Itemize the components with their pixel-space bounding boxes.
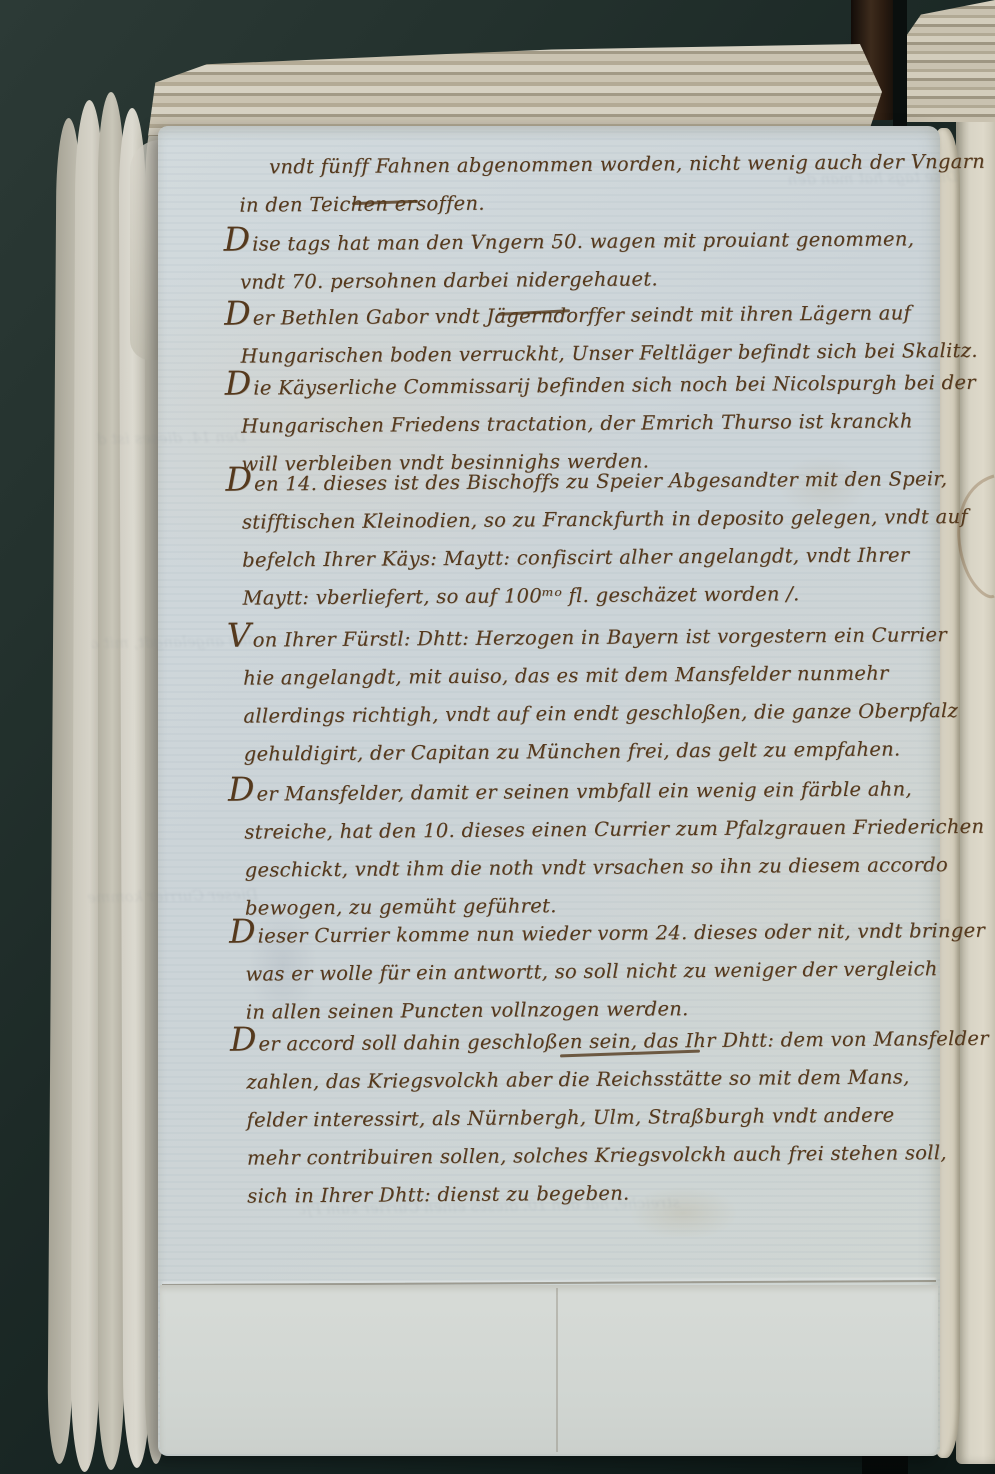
- handwritten-line: zahlen, das Kriegsvolckh aber die Reichs…: [230, 1058, 936, 1102]
- handwritten-line: stifftischen Kleinodien, so zu Franckfur…: [226, 498, 932, 542]
- manuscript-photo: vndt fünff Fahnen abgenommen worden, nic…: [0, 0, 995, 1474]
- handwritten-line: vndt fünff Fahnen abgenommen worden, nic…: [223, 143, 929, 187]
- handwritten-line: Dise tags hat man den Vngern 50. wagen m…: [224, 215, 930, 264]
- handwritten-line: was er wolle für ein antwortt, so soll n…: [229, 950, 935, 994]
- manuscript-page: vndt fünff Fahnen abgenommen worden, nic…: [158, 126, 940, 1456]
- handwritten-line: allerdings richtigh, vndt auf ein endt g…: [227, 692, 933, 736]
- handwritten-line: Von Ihrer Fürstl: Dhtt: Herzogen in Baye…: [227, 611, 933, 660]
- handwritten-line: Der Bethlen Gabor vndt Jägerndorffer sei…: [224, 289, 930, 338]
- facing-page: [956, 72, 995, 1464]
- handwritten-text-block: vndt fünff Fahnen abgenommen worden, nic…: [223, 123, 939, 1449]
- handwritten-line: felder interessirt, als Nürnbergh, Ulm, …: [230, 1096, 936, 1140]
- handwritten-paragraph: Der Mansfelder, damit er seinen vmbfall …: [228, 765, 935, 928]
- handwritten-line: geschickt, vndt ihm die noth vndt vrsach…: [229, 846, 935, 890]
- facing-page-top-edges: [900, 0, 995, 122]
- handwritten-paragraph: Den 14. dieses ist des Bischoffs zu Spei…: [225, 455, 932, 618]
- handwritten-line: Die Käyserliche Commissarij befinden sic…: [225, 359, 931, 408]
- handwritten-line: Hungarischen Friedens tractation, der Em…: [225, 402, 931, 446]
- handwritten-paragraph: Dise tags hat man den Vngern 50. wagen m…: [224, 215, 931, 302]
- handwritten-line: Der Mansfelder, damit er seinen vmbfall …: [228, 765, 934, 814]
- handwritten-line: hie angelangdt, mit auiso, das es mit de…: [227, 654, 933, 698]
- handwritten-line: Den 14. dieses ist des Bischoffs zu Spei…: [225, 455, 931, 504]
- handwritten-paragraph: Von Ihrer Fürstl: Dhtt: Herzogen in Baye…: [227, 611, 934, 774]
- top-page-edges: [148, 44, 882, 136]
- facing-page-initial-flourish: [950, 468, 995, 618]
- handwritten-line: befelch Ihrer Käys: Maytt: confiscirt al…: [226, 536, 932, 580]
- handwritten-line: streiche, hat den 10. dieses einen Curri…: [228, 808, 934, 852]
- handwritten-line: mehr contribuiren sollen, solches Kriegs…: [231, 1134, 937, 1178]
- handwritten-line: sich in Ihrer Dhtt: dienst zu begeben.: [231, 1172, 937, 1216]
- handwritten-paragraph: Dieser Currier komme nun wieder vorm 24.…: [229, 907, 936, 1032]
- binding-shadow-gap: [893, 0, 907, 128]
- handwritten-paragraph: Der accord soll dahin geschloßen sein, d…: [230, 1015, 938, 1216]
- handwritten-line: Dieser Currier komme nun wieder vorm 24.…: [229, 907, 935, 956]
- handwritten-paragraph: vndt fünff Fahnen abgenommen worden, nic…: [223, 143, 930, 225]
